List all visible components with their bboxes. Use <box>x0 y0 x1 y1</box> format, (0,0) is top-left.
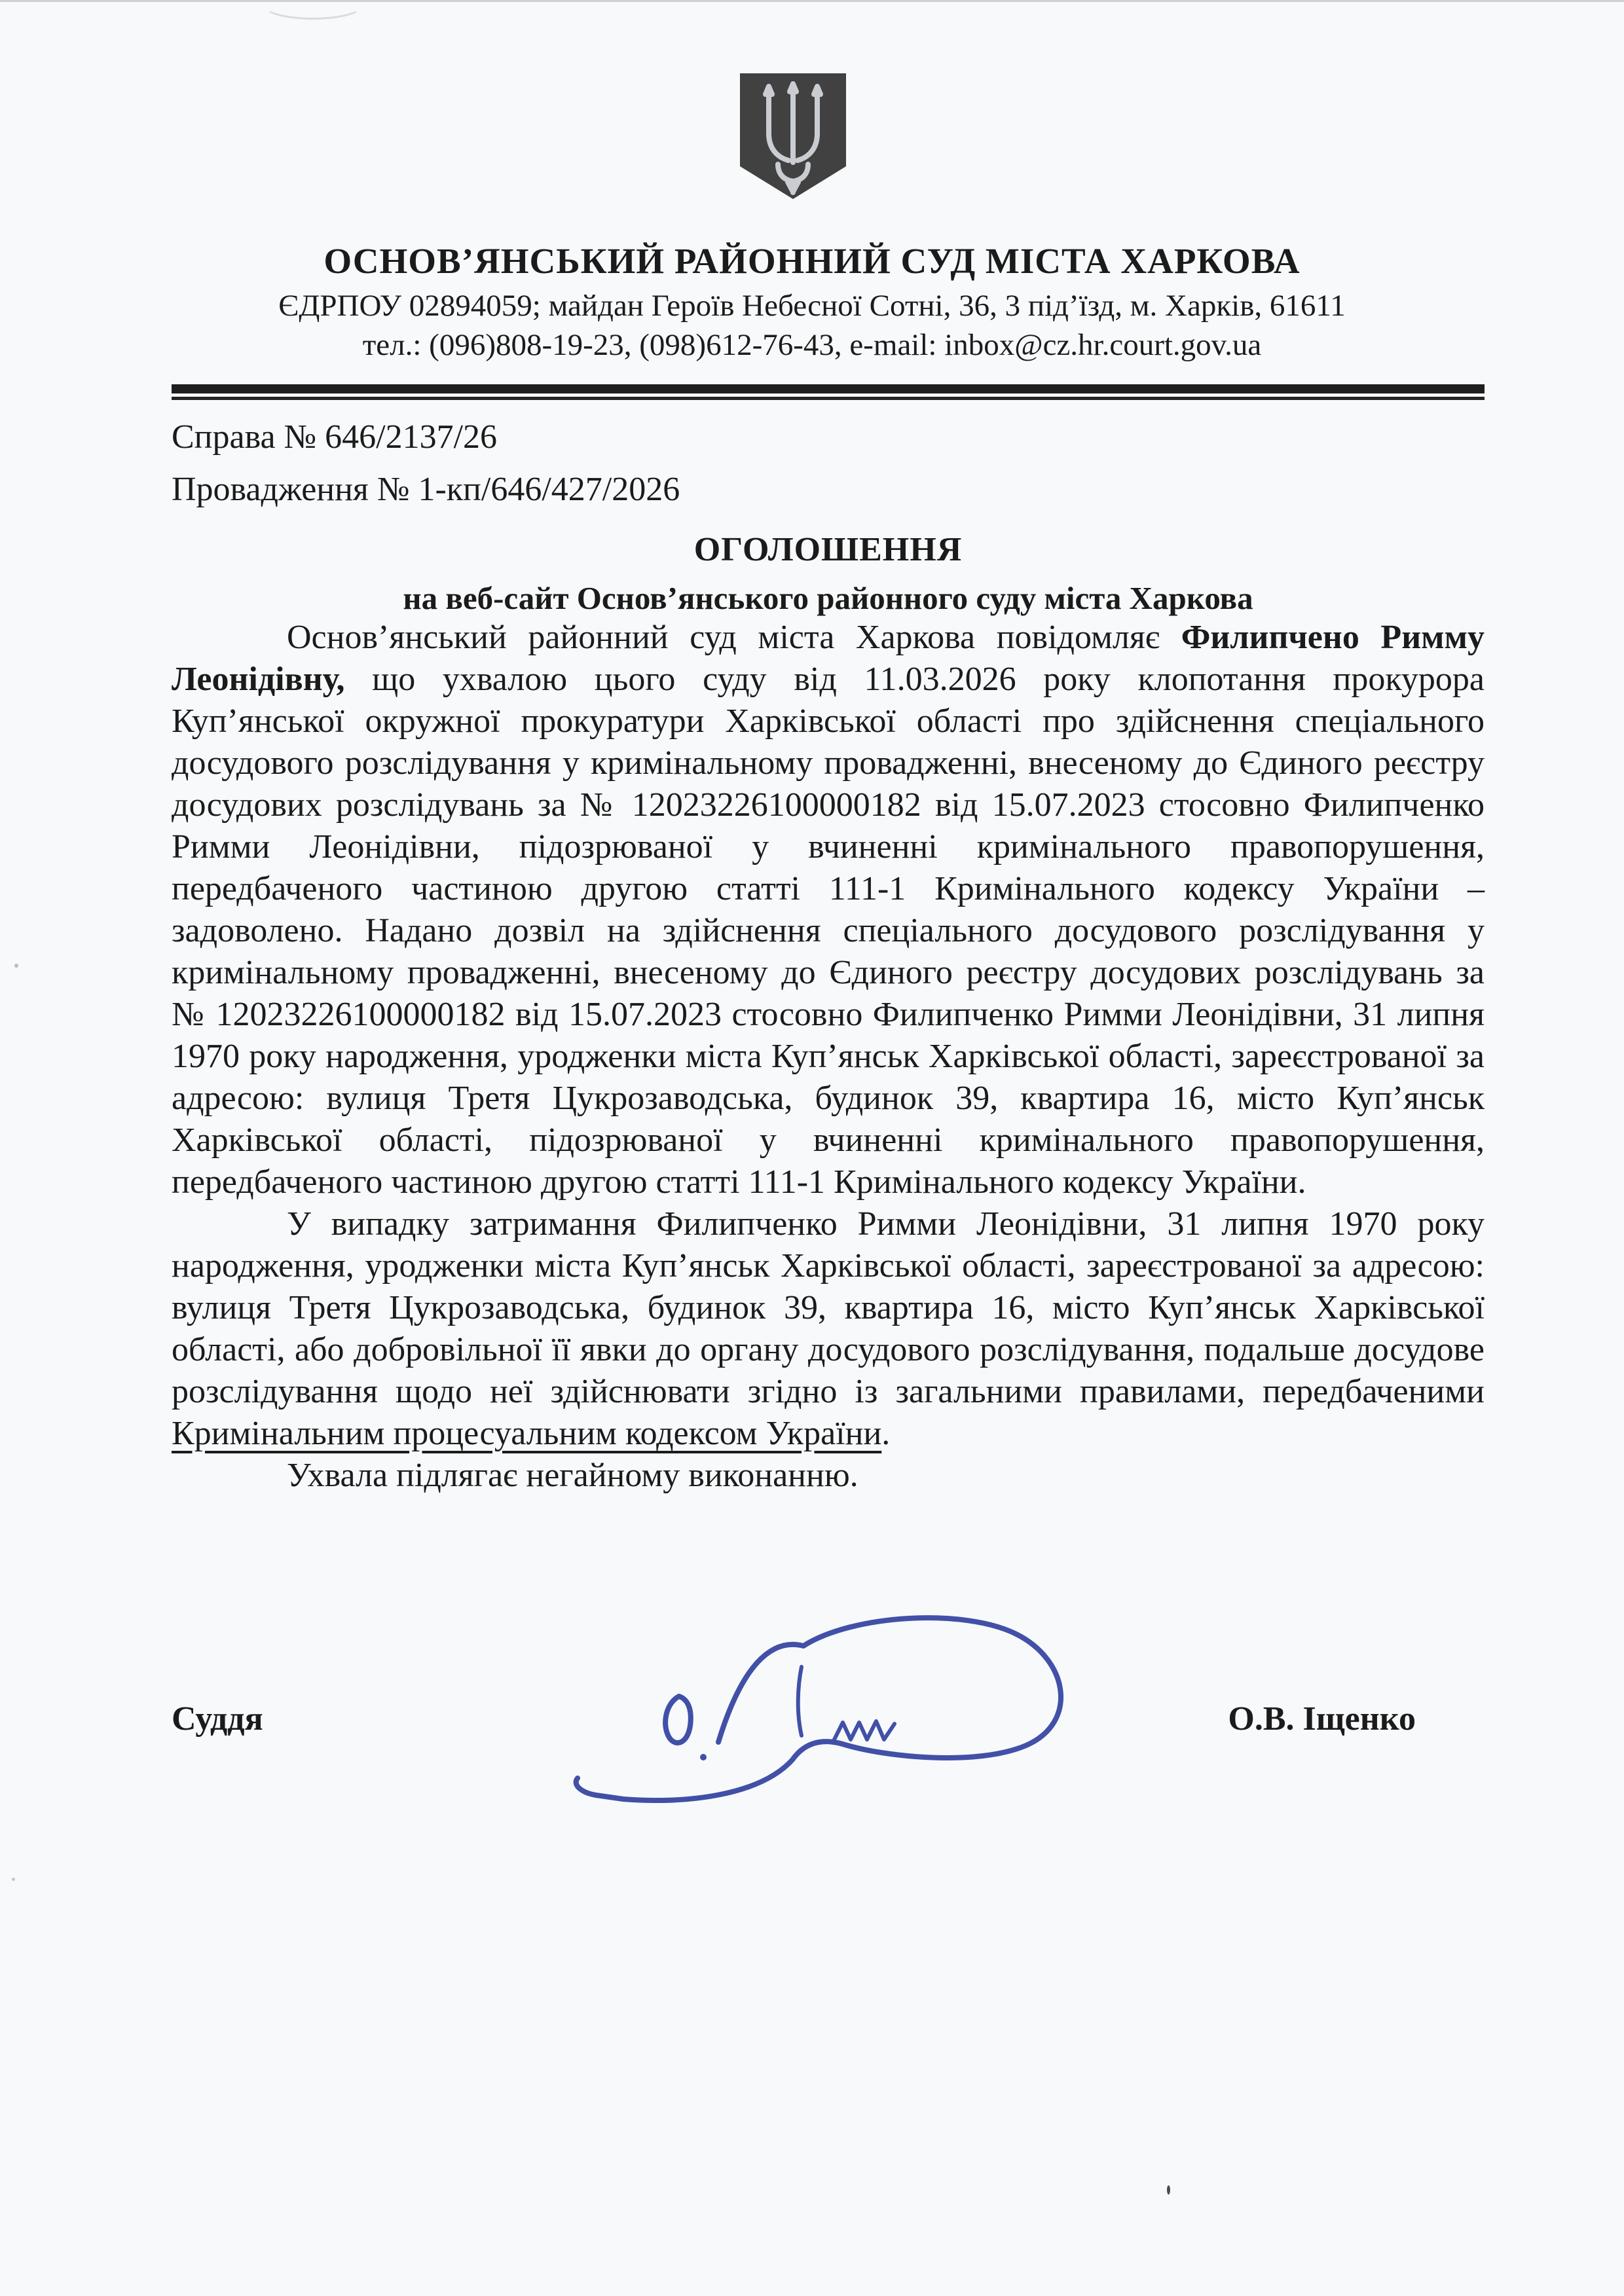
court-name: ОСНОВ’ЯНСЬКИЙ РАЙОННИЙ СУД МІСТА ХАРКОВА <box>0 241 1624 282</box>
announcement-subtitle: на веб-сайт Основ’янського районного суд… <box>172 579 1485 617</box>
scan-artifact <box>1167 2185 1170 2195</box>
proceeding-number: Провадження № 1-кп/646/427/2026 <box>172 464 1485 516</box>
judge-name: О.В. Іщенко <box>1228 1700 1416 1738</box>
scan-artifact <box>14 964 18 968</box>
paragraph-1: Основ’янський районний суд міста Харкова… <box>172 617 1485 1203</box>
judge-role-label: Суддя <box>172 1700 263 1738</box>
paragraph-2-text: У випадку затримання Филипченко Римми Ле… <box>172 1205 1485 1410</box>
paragraph-1-rest: що ухвалою цього суду від 11.03.2026 рок… <box>172 661 1485 1201</box>
letterhead-divider <box>172 384 1485 400</box>
court-contacts: тел.: (096)808-19-23, (098)612-76-43, e-… <box>0 326 1624 365</box>
paragraph-3: Ухвала підлягає негайному виконанню. <box>172 1455 1485 1497</box>
paragraph-1-lead: Основ’янський районний суд міста Харкова… <box>287 619 1181 656</box>
announcement-title: ОГОЛОШЕННЯ <box>172 530 1485 569</box>
letterhead: ОСНОВ’ЯНСЬКИЙ РАЙОННИЙ СУД МІСТА ХАРКОВА… <box>0 241 1624 365</box>
ukraine-trident-emblem-icon <box>735 71 851 202</box>
scan-edge-line <box>0 0 1624 2</box>
scan-artifact <box>262 0 364 20</box>
document-body: Справа № 646/2137/26 Провадження № 1-кп/… <box>172 411 1485 1831</box>
signature-block: Суддя О.В. Іщенко <box>172 1614 1485 1831</box>
paragraph-2: У випадку затримання Филипченко Римми Ле… <box>172 1203 1485 1455</box>
paragraph-2-period: . <box>881 1415 890 1452</box>
case-number: Справа № 646/2137/26 <box>172 411 1485 464</box>
criminal-procedure-code-underlined: Кримінальним процесуальним кодексом Укра… <box>172 1415 881 1452</box>
scan-artifact <box>12 1878 15 1881</box>
court-address: ЄДРПОУ 02894059; майдан Героїв Небесної … <box>0 287 1624 325</box>
court-announcement-document: ОСНОВ’ЯНСЬКИЙ РАЙОННИЙ СУД МІСТА ХАРКОВА… <box>0 0 1624 2296</box>
